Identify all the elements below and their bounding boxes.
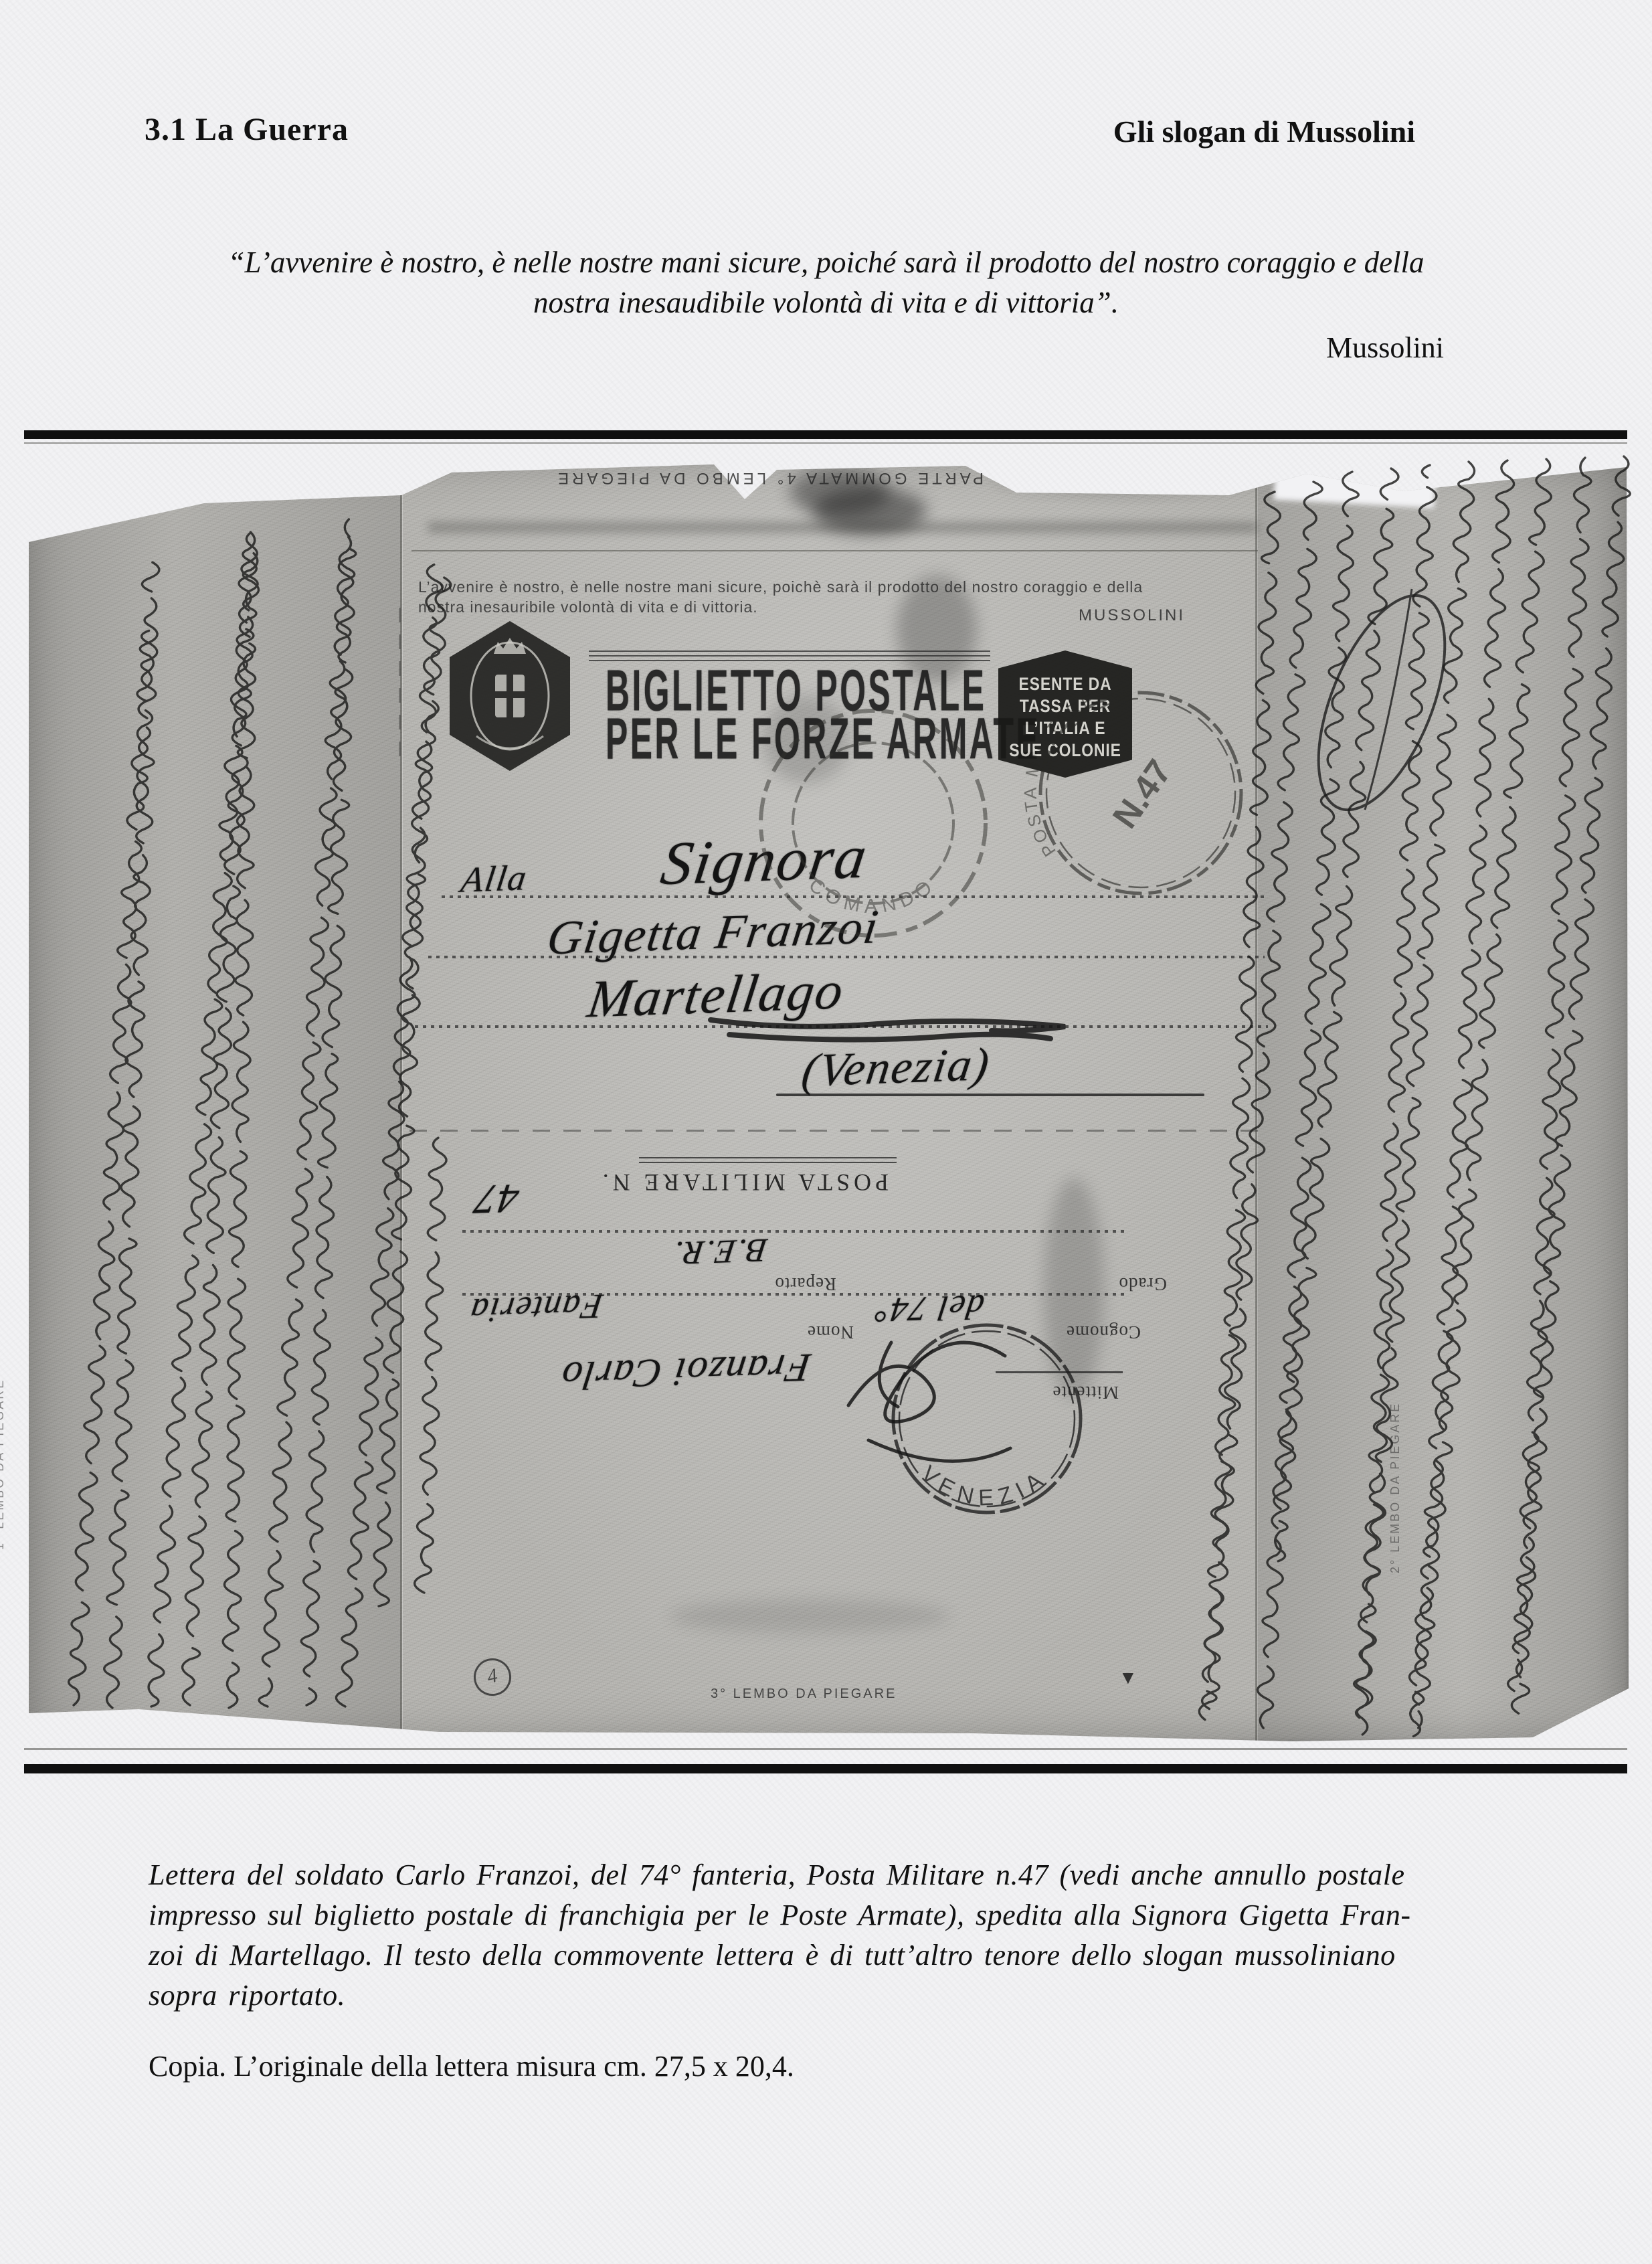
printed-slogan-attribution: MUSSOLINI <box>1079 606 1185 625</box>
address-province: (Venezia) <box>799 1038 994 1098</box>
posta-militare-rule <box>639 1162 897 1163</box>
right-fold-label: 2° LEMBO DA PIEGARE <box>1388 1402 1402 1573</box>
posta-militare-number-handwritten: 47 <box>471 1174 522 1223</box>
footnote: Copia. L’originale della lettera misura … <box>149 2049 794 2083</box>
posta-militare-label: POSTA MILITARE N. <box>599 1168 889 1197</box>
regiment-handwritten: del 74° <box>871 1286 987 1330</box>
caption: Lettera del soldato Carlo Franzoi, del 7… <box>149 1855 1540 2016</box>
address-dotted-line <box>415 1025 1268 1028</box>
badge-line-4: SUE COLONIE <box>1008 739 1122 762</box>
address-salutation: Alla <box>458 857 530 900</box>
posta-militare-rule <box>639 1157 897 1158</box>
nome-label: Nome <box>807 1322 854 1342</box>
mittente-underline <box>996 1371 1123 1373</box>
quote-attribution: Mussolini <box>1291 331 1479 365</box>
badge-line-3: L’ITALIA E <box>1008 717 1122 739</box>
masthead-title-line-2: PER LE FORZE ARMATE <box>606 705 1040 773</box>
reparto-label: Reparto <box>775 1274 836 1294</box>
badge-line-1: ESENTE DA <box>1008 673 1122 695</box>
address-town: Martellago <box>584 960 848 1030</box>
form-dotted-line <box>462 1230 1124 1233</box>
exhibit-page: { "colors": { "page_bg": "#f2f2f4", "let… <box>0 0 1652 2264</box>
bottom-rule <box>24 1764 1627 1773</box>
address-dotted-line <box>428 956 1265 958</box>
postage-exempt-badge: ESENTE DA TASSA PER L’ITALIA E SUE COLON… <box>998 650 1132 778</box>
masthead-rule <box>589 650 990 652</box>
printed-slogan-line-2: nostra inesauribile volontà di vita e di… <box>418 598 758 616</box>
address-underline <box>776 1094 1204 1096</box>
right-crease <box>1255 460 1257 1742</box>
fold-stain <box>428 522 1258 533</box>
unit-handwritten: B.E.R. <box>669 1231 769 1274</box>
torn-edge <box>1274 460 1437 508</box>
bottom-rule-thin <box>24 1748 1627 1750</box>
left-fold-shading <box>23 460 401 1742</box>
cognome-label: Cognome <box>1066 1322 1141 1342</box>
gummed-flap-label: PARTE GOMMATA 4° LEMBO DA PIEGARE <box>602 468 984 487</box>
sender-name-handwritten: Franzoi Carlo <box>557 1344 814 1399</box>
grado-label: Grado <box>1119 1274 1167 1294</box>
bottom-fold-label: 3° LEMBO DA PIEGARE <box>711 1686 897 1702</box>
quote-line-2: nostra inesaudibile volontà di vita e di… <box>0 285 1652 320</box>
mittente-label: Mittente <box>1052 1382 1119 1403</box>
fold-dash-vertical <box>399 608 401 768</box>
smudge <box>997 460 1251 491</box>
masthead-rule <box>589 655 990 657</box>
top-rule-thin <box>24 442 1627 444</box>
printed-slogan-line-1: L’avvenire è nostro, è nelle nostre mani… <box>418 578 1143 596</box>
triangle-marker: ▼ <box>1119 1668 1137 1689</box>
center-panel-highlight <box>401 460 1257 1742</box>
chapter-heading: Gli slogan di Mussolini <box>1030 114 1415 149</box>
regiment-name-handwritten: Fanteria <box>466 1286 605 1330</box>
caption-line-3: zoi di Martellago. Il testo della commov… <box>149 1935 1540 1976</box>
section-heading: 3.1 La Guerra <box>145 111 349 148</box>
caption-line-2: impresso sul biglietto postale di franch… <box>149 1895 1540 1935</box>
address-title: Signora <box>657 821 873 899</box>
gummed-fold-line <box>411 550 1258 551</box>
top-rule <box>24 430 1627 439</box>
address-dotted-line <box>442 895 1265 898</box>
badge-line-2: TASSA PER <box>1008 695 1122 717</box>
caption-line-1: Lettera del soldato Carlo Franzoi, del 7… <box>149 1855 1540 1895</box>
quote-line-1: “L’avvenire è nostro, è nelle nostre man… <box>0 245 1652 280</box>
left-fold-label: 1° LEMBO DA PIEGARE <box>0 1379 7 1550</box>
mussolini-quote: “L’avvenire è nostro, è nelle nostre man… <box>0 245 1652 320</box>
sender-form-upside-down: Mittente Franzoi Carlo Cognome Nome Grad… <box>401 1131 1271 1412</box>
right-fold-shading <box>1257 460 1629 1742</box>
caption-line-4: sopra riportato. <box>149 1976 1540 2016</box>
smudge <box>669 1599 950 1633</box>
